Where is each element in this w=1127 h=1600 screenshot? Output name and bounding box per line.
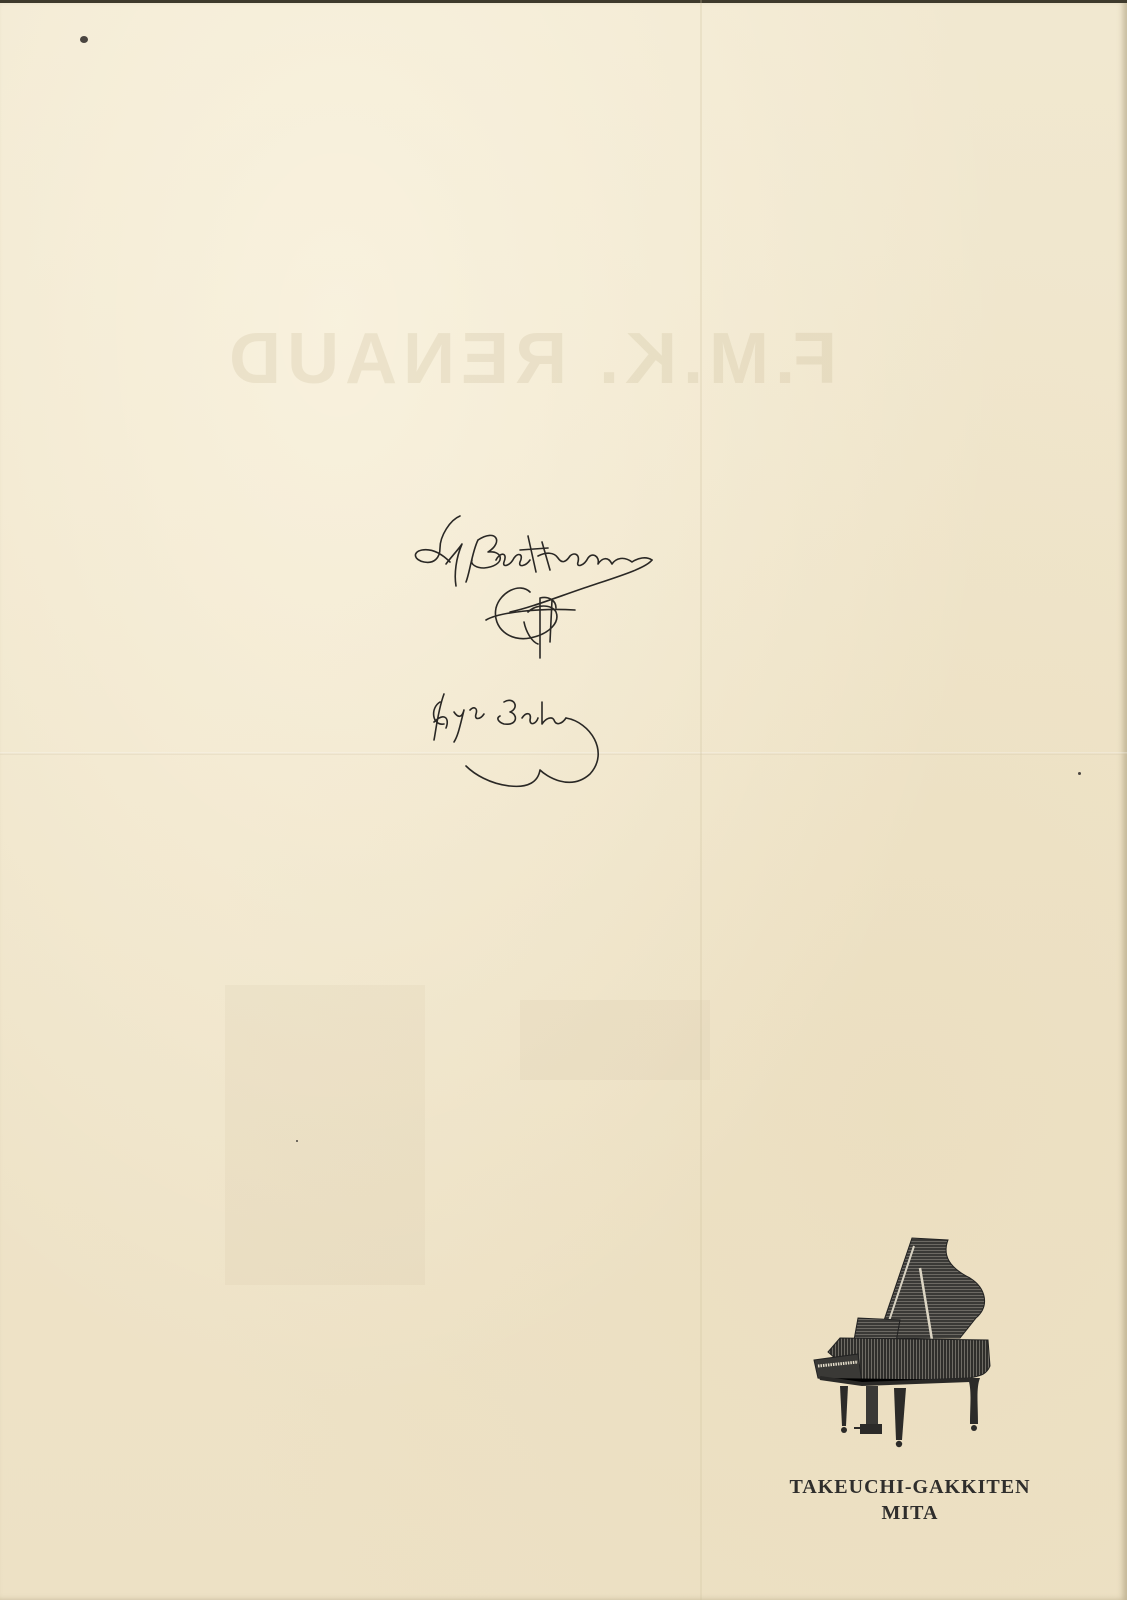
company-location: MITA [760, 1500, 1060, 1526]
fold-line-vertical [700, 0, 702, 1600]
bleed-through-block [520, 1000, 710, 1080]
bleed-through-block [225, 985, 425, 1285]
grand-piano-illustration [810, 1228, 1010, 1456]
bleed-through-text: F.M.K. RENAUD [150, 318, 910, 400]
ink-speck [1078, 772, 1081, 775]
advertisement-footer: TAKEUCHI-GAKKITEN MITA [760, 1474, 1060, 1526]
liszt-signature [434, 694, 599, 786]
ink-speck [80, 36, 88, 43]
company-name: TAKEUCHI-GAKKITEN [760, 1474, 1060, 1500]
ink-speck [296, 1140, 298, 1142]
beethoven-signature [415, 516, 652, 612]
bach-signature [486, 588, 575, 658]
composer-signatures [400, 512, 670, 797]
paper-page: F.M.K. RENAUD [0, 0, 1127, 1600]
